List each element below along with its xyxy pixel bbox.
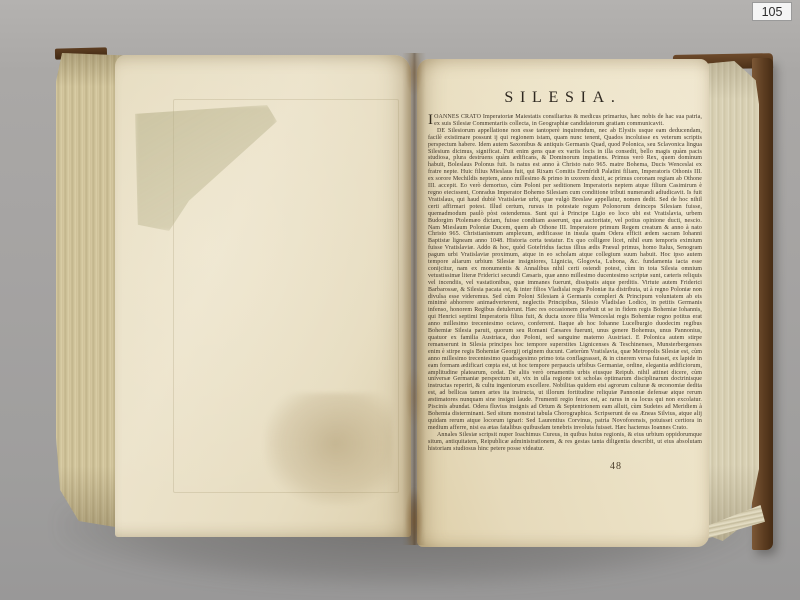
open-book: SILESIA. IOANNES CRATO Imperatoriæ Maies… <box>55 45 774 549</box>
left-blank-page <box>115 55 411 537</box>
right-text-page: SILESIA. IOANNES CRATO Imperatoriæ Maies… <box>417 59 709 547</box>
photograph-background: 105 SILESIA. IOANNES CRATO Imperatoriæ M… <box>0 0 800 600</box>
offset-stain-bottom <box>265 393 393 505</box>
plate-number-label: 105 <box>752 2 792 21</box>
book-gutter <box>402 53 426 545</box>
page-title: SILESIA. <box>423 89 703 107</box>
page-number: 48 <box>610 461 622 472</box>
main-paragraph: DE Silesiorum appellatione non esse tant… <box>428 128 702 432</box>
closing-paragraph: Annales Silesiæ scripsit nuper Ioachimus… <box>428 432 702 453</box>
text-block: IOANNES CRATO Imperatoriæ Maiestatis con… <box>428 114 702 452</box>
right-page-fore-edges <box>704 61 759 541</box>
left-page-fore-edges <box>56 53 123 533</box>
intro-paragraph: IOANNES CRATO Imperatoriæ Maiestatis con… <box>428 114 702 128</box>
